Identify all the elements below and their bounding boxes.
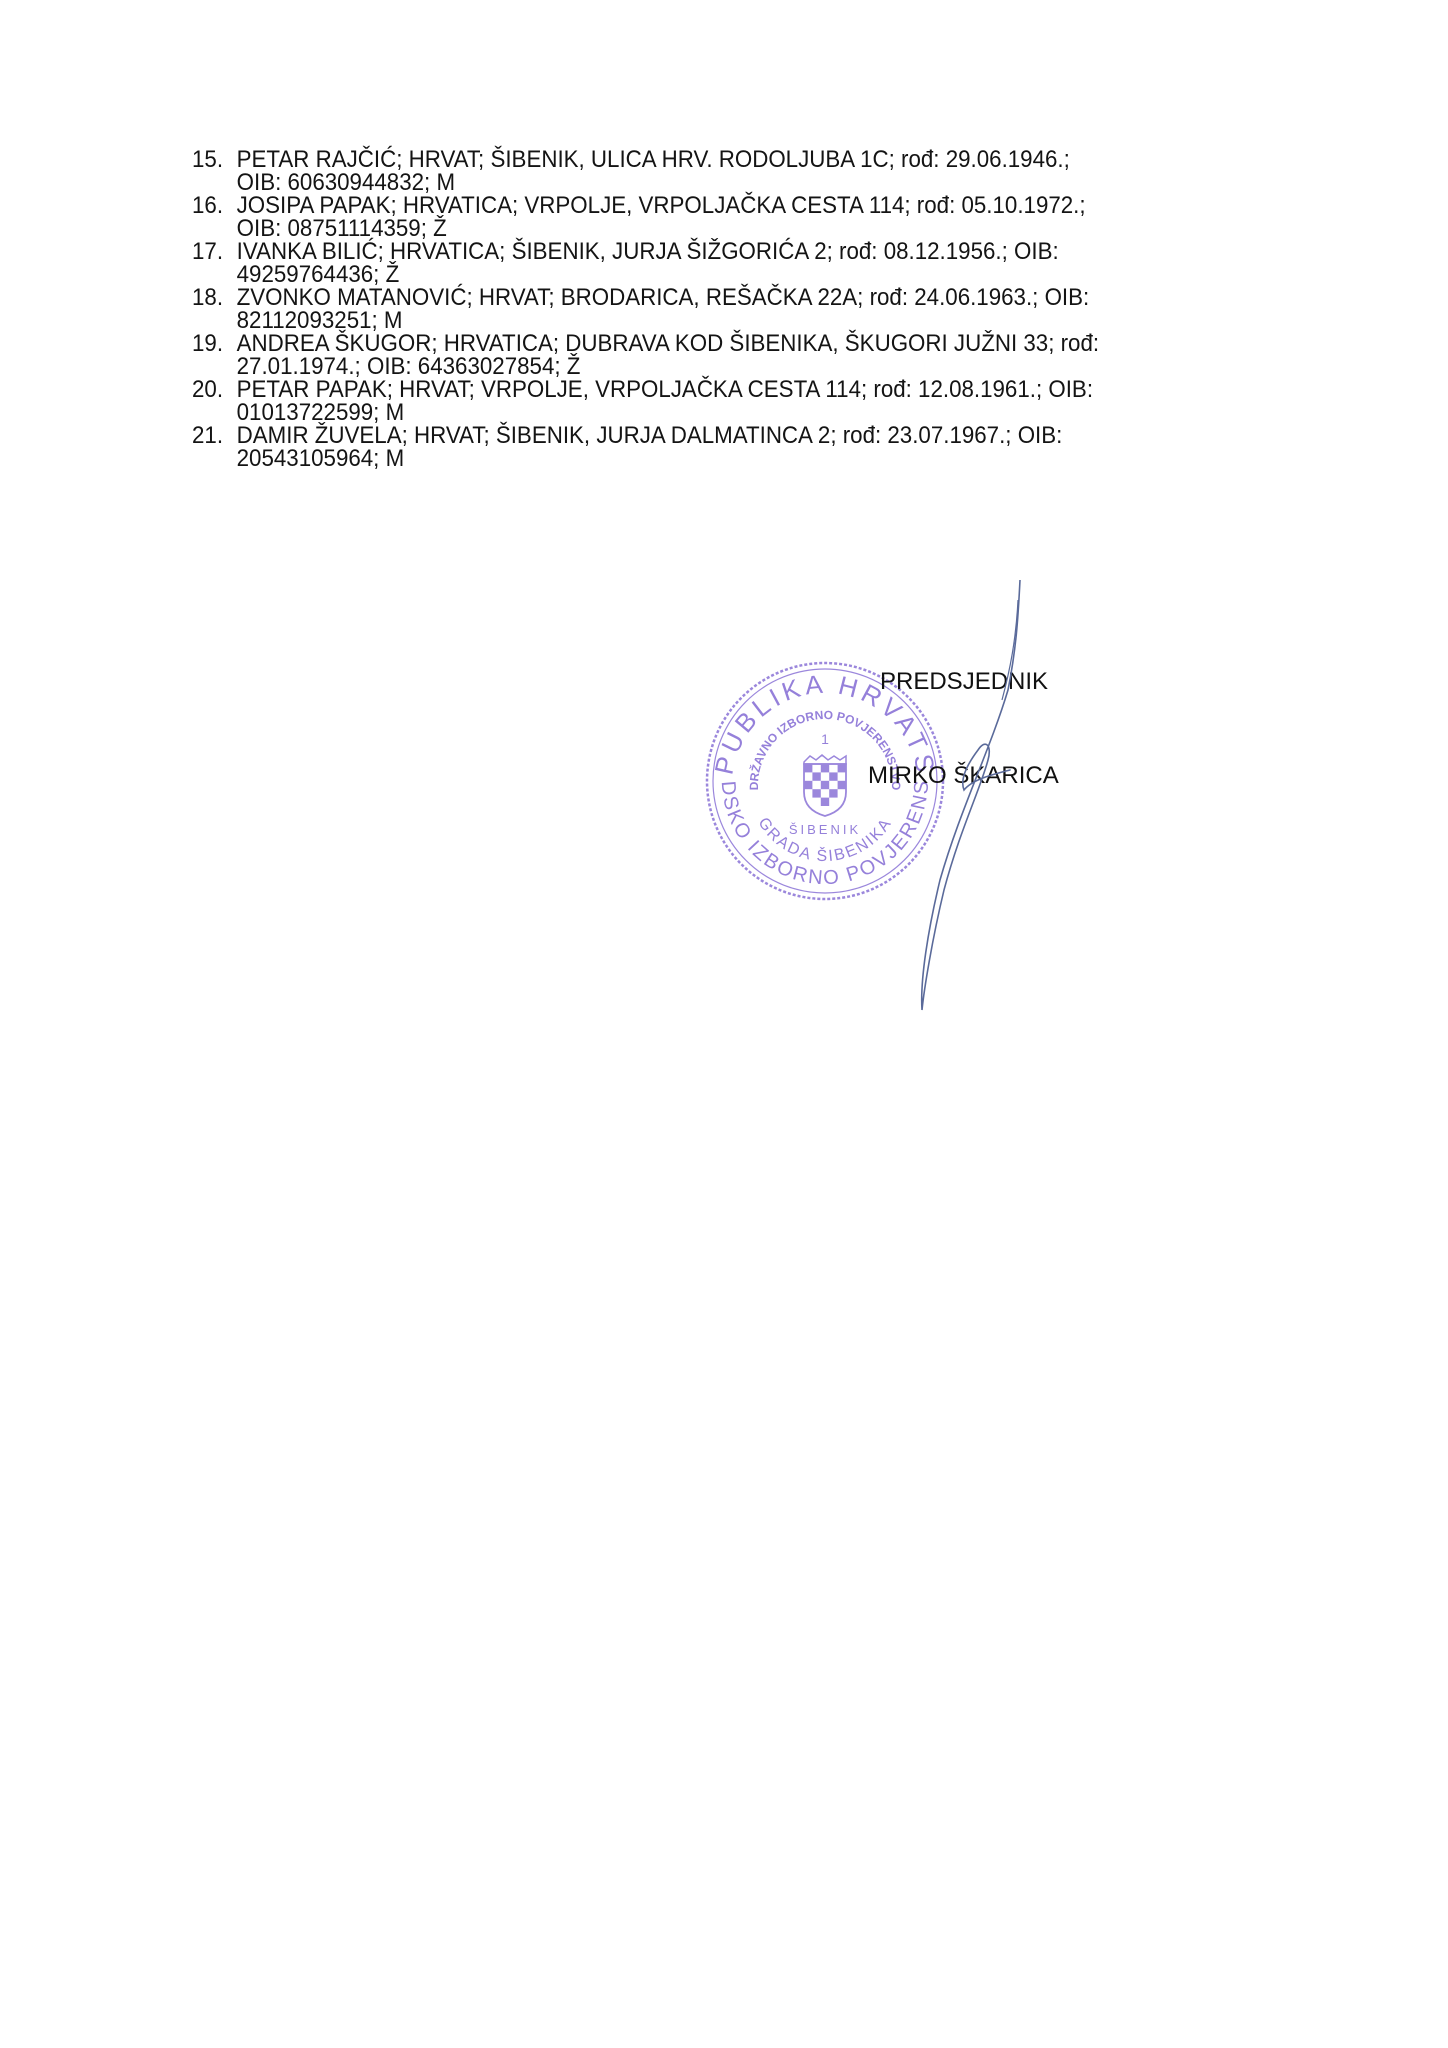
entry-line-2: 20543105964; M [237,447,1253,470]
list-item: 19. ANDREA ŠKUGOR; HRVATICA; DUBRAVA KOD… [192,332,1252,378]
entry-line-1: PETAR PAPAK; HRVAT; VRPOLJE, VRPOLJAČKA … [237,378,1253,401]
list-item: 21. DAMIR ŽUVELA; HRVAT; ŠIBENIK, JURJA … [192,424,1252,470]
entry-number: 17. [192,240,223,263]
entry-line-1: DAMIR ŽUVELA; HRVAT; ŠIBENIK, JURJA DALM… [237,424,1253,447]
candidate-list: 15. PETAR RAJČIĆ; HRVAT; ŠIBENIK, ULICA … [192,148,1252,470]
entry-line-2: 49259764436; Ž [237,263,1253,286]
entry-number: 16. [192,194,223,217]
entry-number: 18. [192,286,223,309]
signature-icon [840,580,1040,1020]
svg-text:1: 1 [821,731,829,747]
list-item: 16. JOSIPA PAPAK; HRVATICA; VRPOLJE, VRP… [192,194,1252,240]
entry-line-2: 82112093251; M [237,309,1253,332]
entry-line-2: 27.01.1974.; OIB: 64363027854; Ž [237,355,1253,378]
entry-line-1: PETAR RAJČIĆ; HRVAT; ŠIBENIK, ULICA HRV.… [237,148,1253,171]
entry-line-1: IVANKA BILIĆ; HRVATICA; ŠIBENIK, JURJA Š… [237,240,1253,263]
list-item: 18. ZVONKO MATANOVIĆ; HRVAT; BRODARICA, … [192,286,1252,332]
entry-line-1: JOSIPA PAPAK; HRVATICA; VRPOLJE, VRPOLJA… [237,194,1253,217]
entry-number: 15. [192,148,223,171]
entry-number: 20. [192,378,223,401]
entry-number: 19. [192,332,223,355]
list-item: 20. PETAR PAPAK; HRVAT; VRPOLJE, VRPOLJA… [192,378,1252,424]
entry-line-1: ANDREA ŠKUGOR; HRVATICA; DUBRAVA KOD ŠIB… [237,332,1253,355]
list-item: 17. IVANKA BILIĆ; HRVATICA; ŠIBENIK, JUR… [192,240,1252,286]
entry-line-1: ZVONKO MATANOVIĆ; HRVAT; BRODARICA, REŠA… [237,286,1253,309]
entry-line-2: OIB: 08751114359; Ž [237,217,1253,240]
entry-line-2: 01013722599; M [237,401,1253,424]
entry-line-2: OIB: 60630944832; M [237,171,1253,194]
list-item: 15. PETAR RAJČIĆ; HRVAT; ŠIBENIK, ULICA … [192,148,1252,194]
entry-number: 21. [192,424,223,447]
document-page: 15. PETAR RAJČIĆ; HRVAT; ŠIBENIK, ULICA … [0,0,1448,2048]
